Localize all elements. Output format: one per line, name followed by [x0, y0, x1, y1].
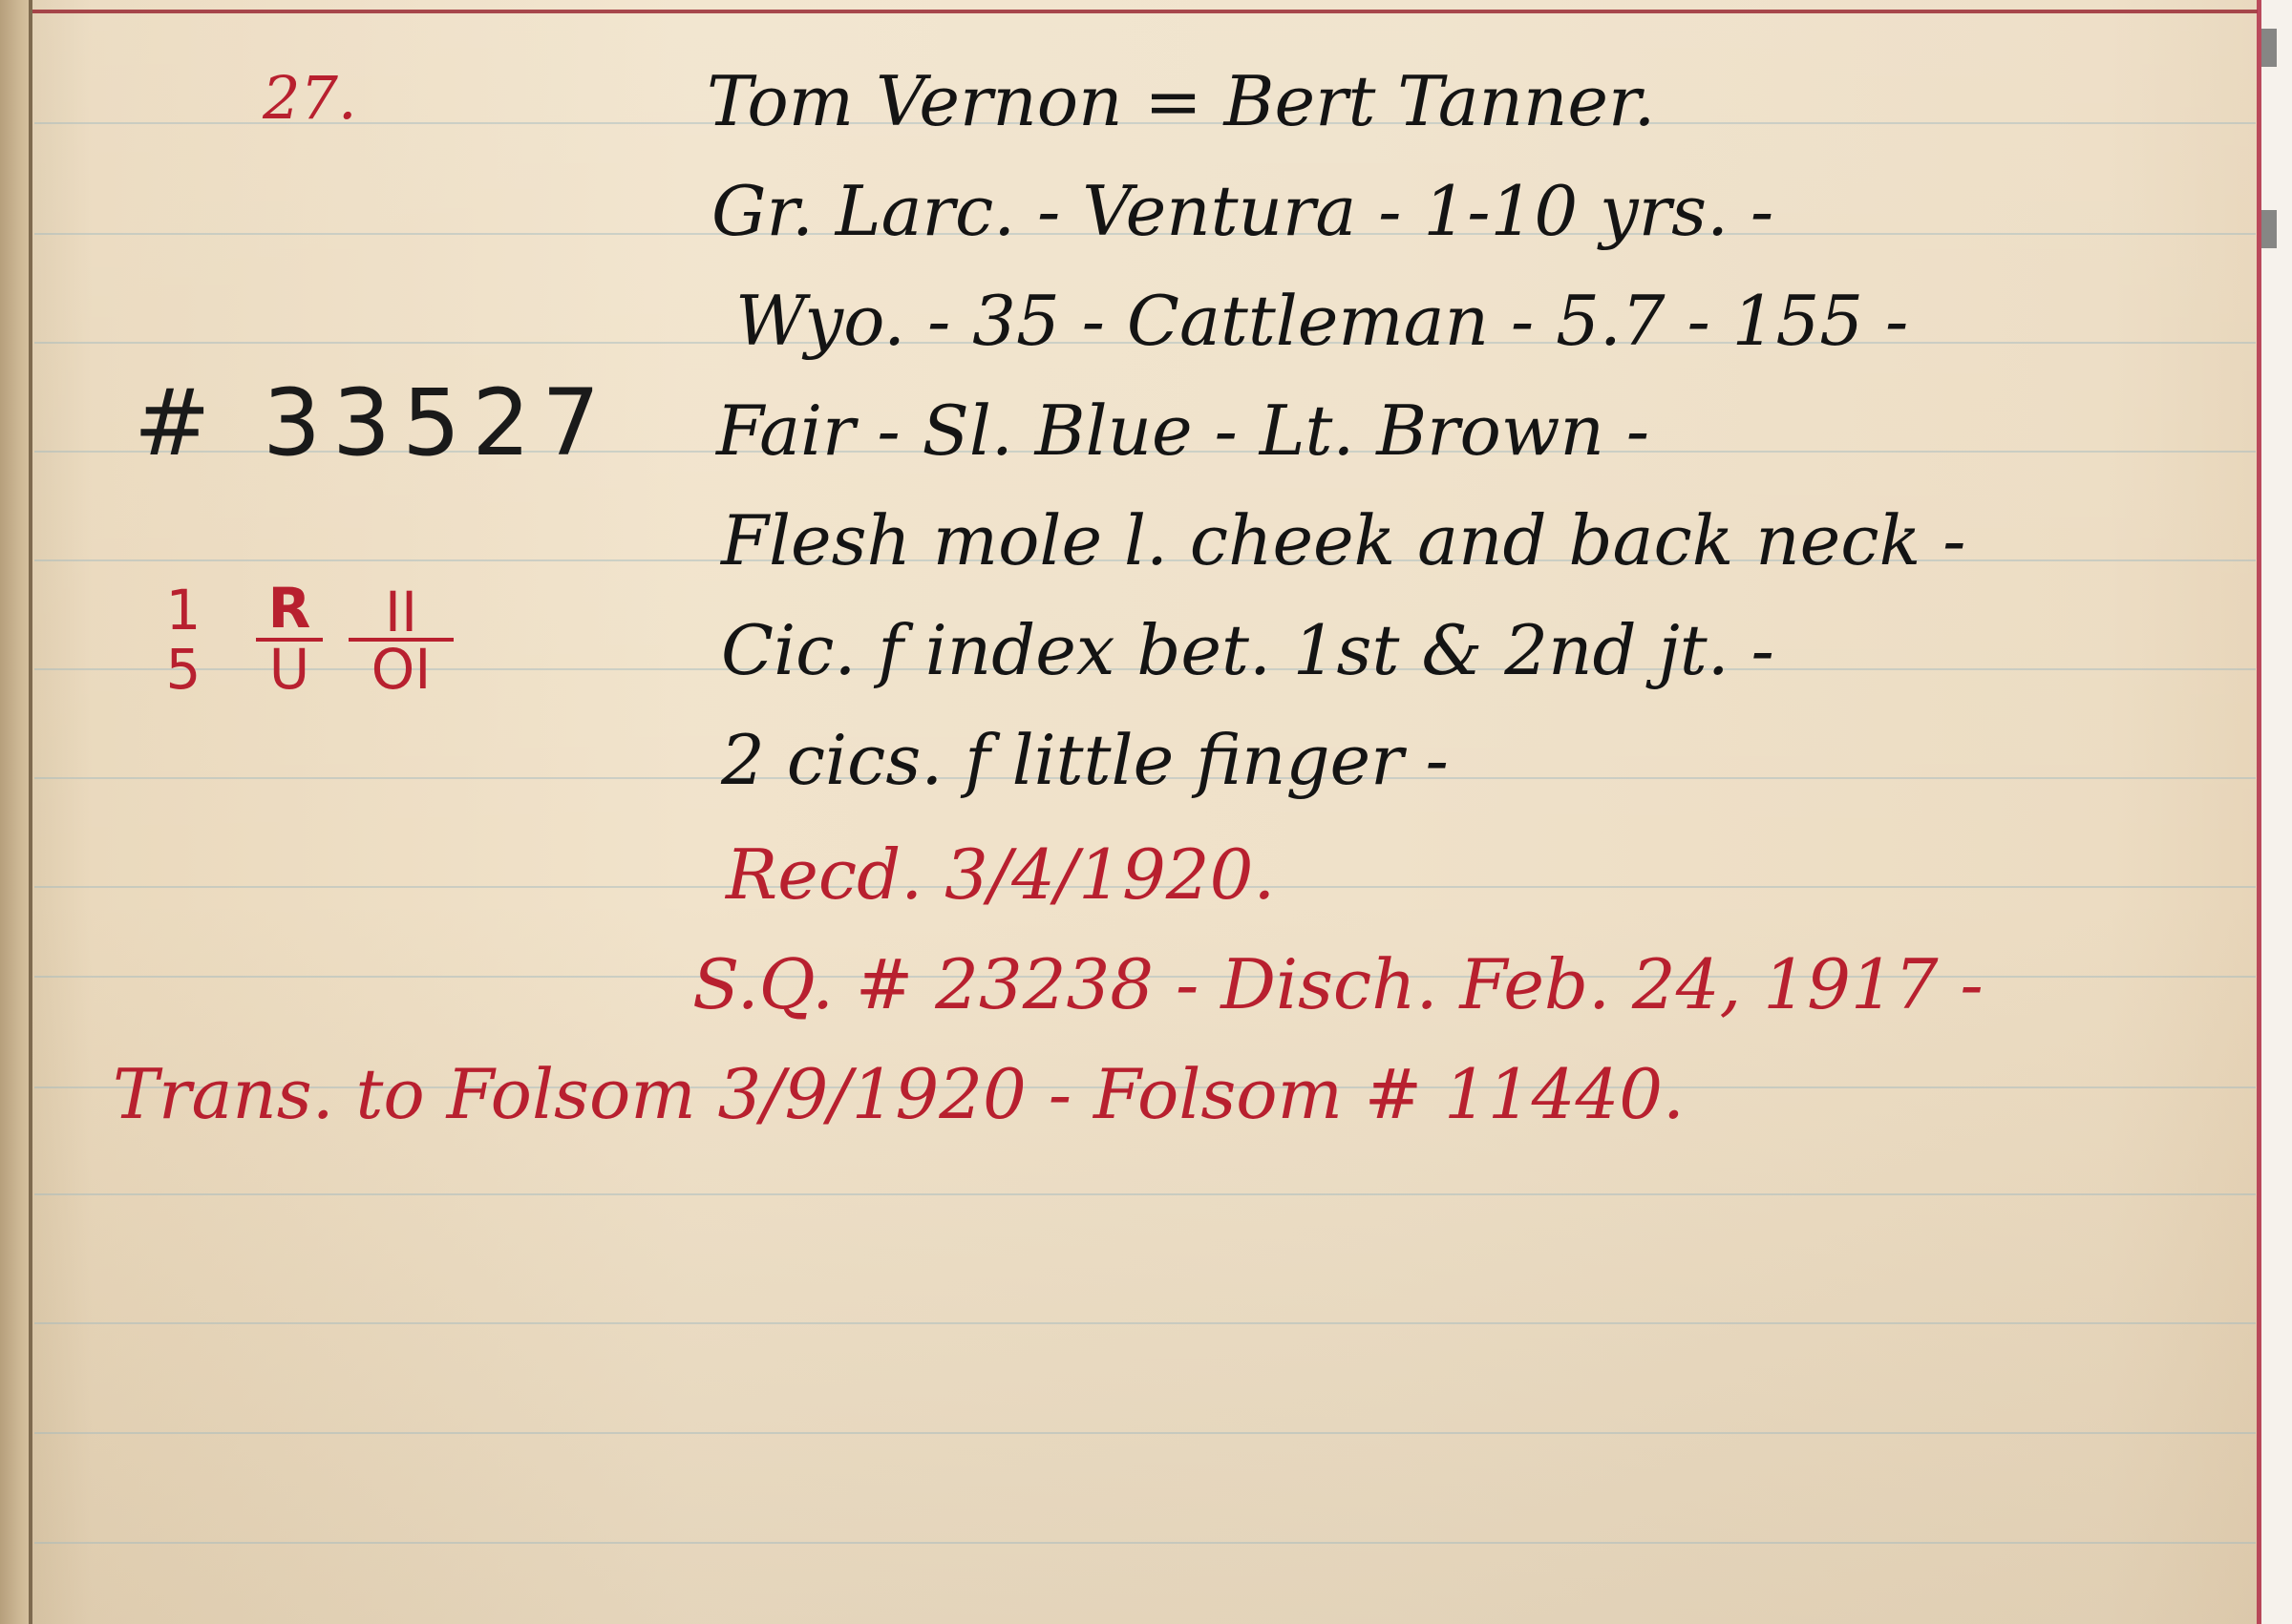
left-margin-rule	[29, 0, 32, 1624]
entry-line-names: Tom Vernon = Bert Tanner.	[707, 67, 1655, 136]
fp-left-bottom: 5	[164, 642, 202, 697]
entry-line-crime-sentence: Gr. Larc. - Ventura - 1-10 yrs. -	[711, 177, 1773, 245]
ruled-line	[34, 1193, 2256, 1195]
entry-line-transfer: Trans. to Folsom 3/9/1920 - Folsom # 114…	[113, 1060, 1685, 1128]
top-red-rule	[32, 10, 2258, 13]
entry-marker: 27.	[263, 69, 357, 128]
fp-right-bottom: OI	[349, 638, 454, 697]
inmate-number: # 33527	[134, 377, 611, 469]
entry-line-origin-age-occupation: Wyo. - 35 - Cattleman - 5.7 - 155 -	[735, 286, 1908, 355]
ledger-page: 27. # 33527 1 5 R U II OI Tom Vernon = B…	[0, 0, 2292, 1624]
entry-line-scars-little-finger: 2 cics. f little finger -	[721, 726, 1449, 794]
book-binding	[0, 0, 32, 1624]
entry-line-complexion: Fair - Sl. Blue - Lt. Brown -	[716, 396, 1649, 465]
ruled-line	[34, 1432, 2256, 1434]
binding-clip-top	[2261, 29, 2277, 67]
fp-middle-bottom: U	[256, 638, 323, 697]
entry-line-scars-index: Cic. f index bet. 1st & 2nd jt. -	[721, 616, 1774, 685]
fp-middle-top: R	[256, 580, 323, 636]
entry-line-prior-record: S.Q. # 23238 - Disch. Feb. 24, 1917 -	[692, 950, 1984, 1019]
fp-left-top: 1	[164, 582, 202, 638]
entry-line-marks: Flesh mole l. cheek and back neck -	[721, 506, 1965, 575]
ruled-line	[34, 1322, 2256, 1324]
ruled-line	[34, 1542, 2256, 1544]
entry-line-received: Recd. 3/4/1920.	[726, 840, 1275, 909]
fp-right-top: II	[349, 584, 454, 640]
binding-clip-middle	[2261, 210, 2277, 248]
